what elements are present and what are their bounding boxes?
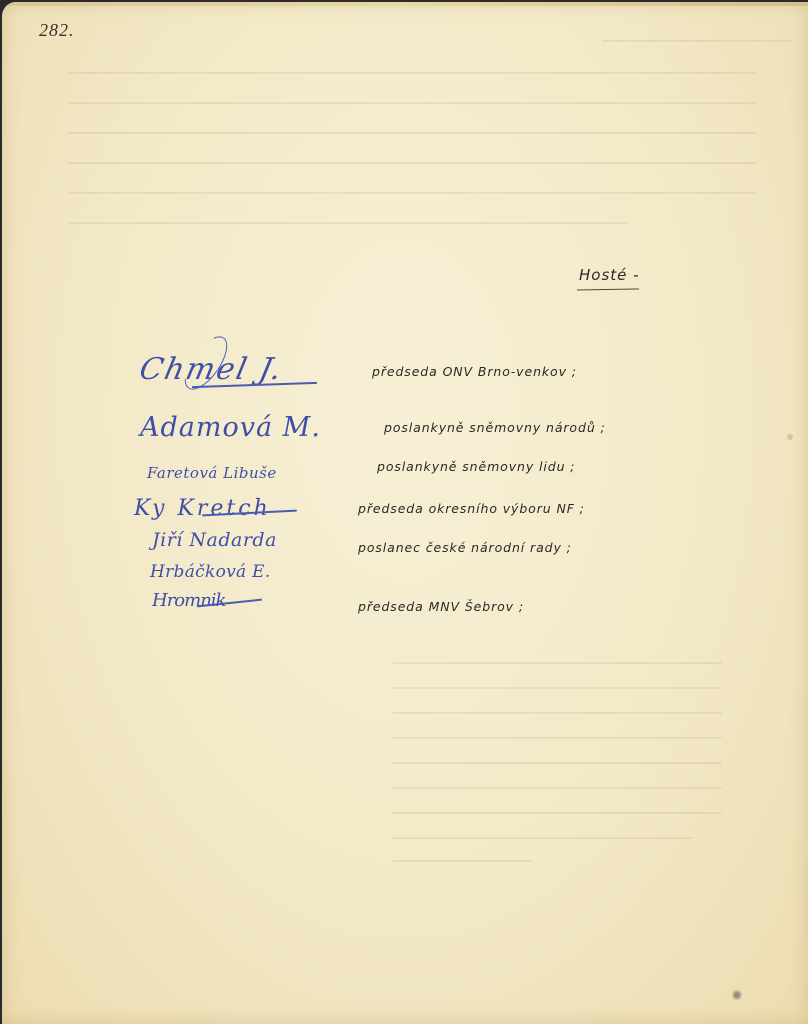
page-edge — [2, 2, 808, 6]
guests-heading: Hosté - — [579, 266, 640, 284]
signature: Hromnik — [152, 590, 225, 611]
heading-underline — [577, 288, 639, 290]
guest-title: předseda MNV Šebrov ; — [358, 599, 524, 614]
guest-title: předseda okresního výboru NF ; — [358, 501, 585, 516]
paper-spot — [733, 991, 741, 999]
document-page: 282. Hosté - Chmel J. Adamová M. Faretov… — [2, 2, 808, 1024]
paper-stain — [787, 434, 793, 440]
signature: Adamová M. — [140, 412, 321, 443]
signature: Jiří Nadarda — [152, 529, 277, 551]
guest-title: poslankyně sněmovny lidu ; — [377, 459, 575, 474]
guest-title: poslanec české národní rady ; — [358, 540, 572, 555]
signature: Faretová Libuše — [147, 464, 277, 482]
guest-title: předseda ONV Brno-venkov ; — [372, 364, 577, 379]
guest-title: poslankyně sněmovny národů ; — [384, 420, 606, 435]
signature: Ky Kretch — [134, 496, 271, 521]
page-number: 282. — [39, 20, 75, 41]
signature: Hrbáčková E. — [150, 562, 271, 582]
